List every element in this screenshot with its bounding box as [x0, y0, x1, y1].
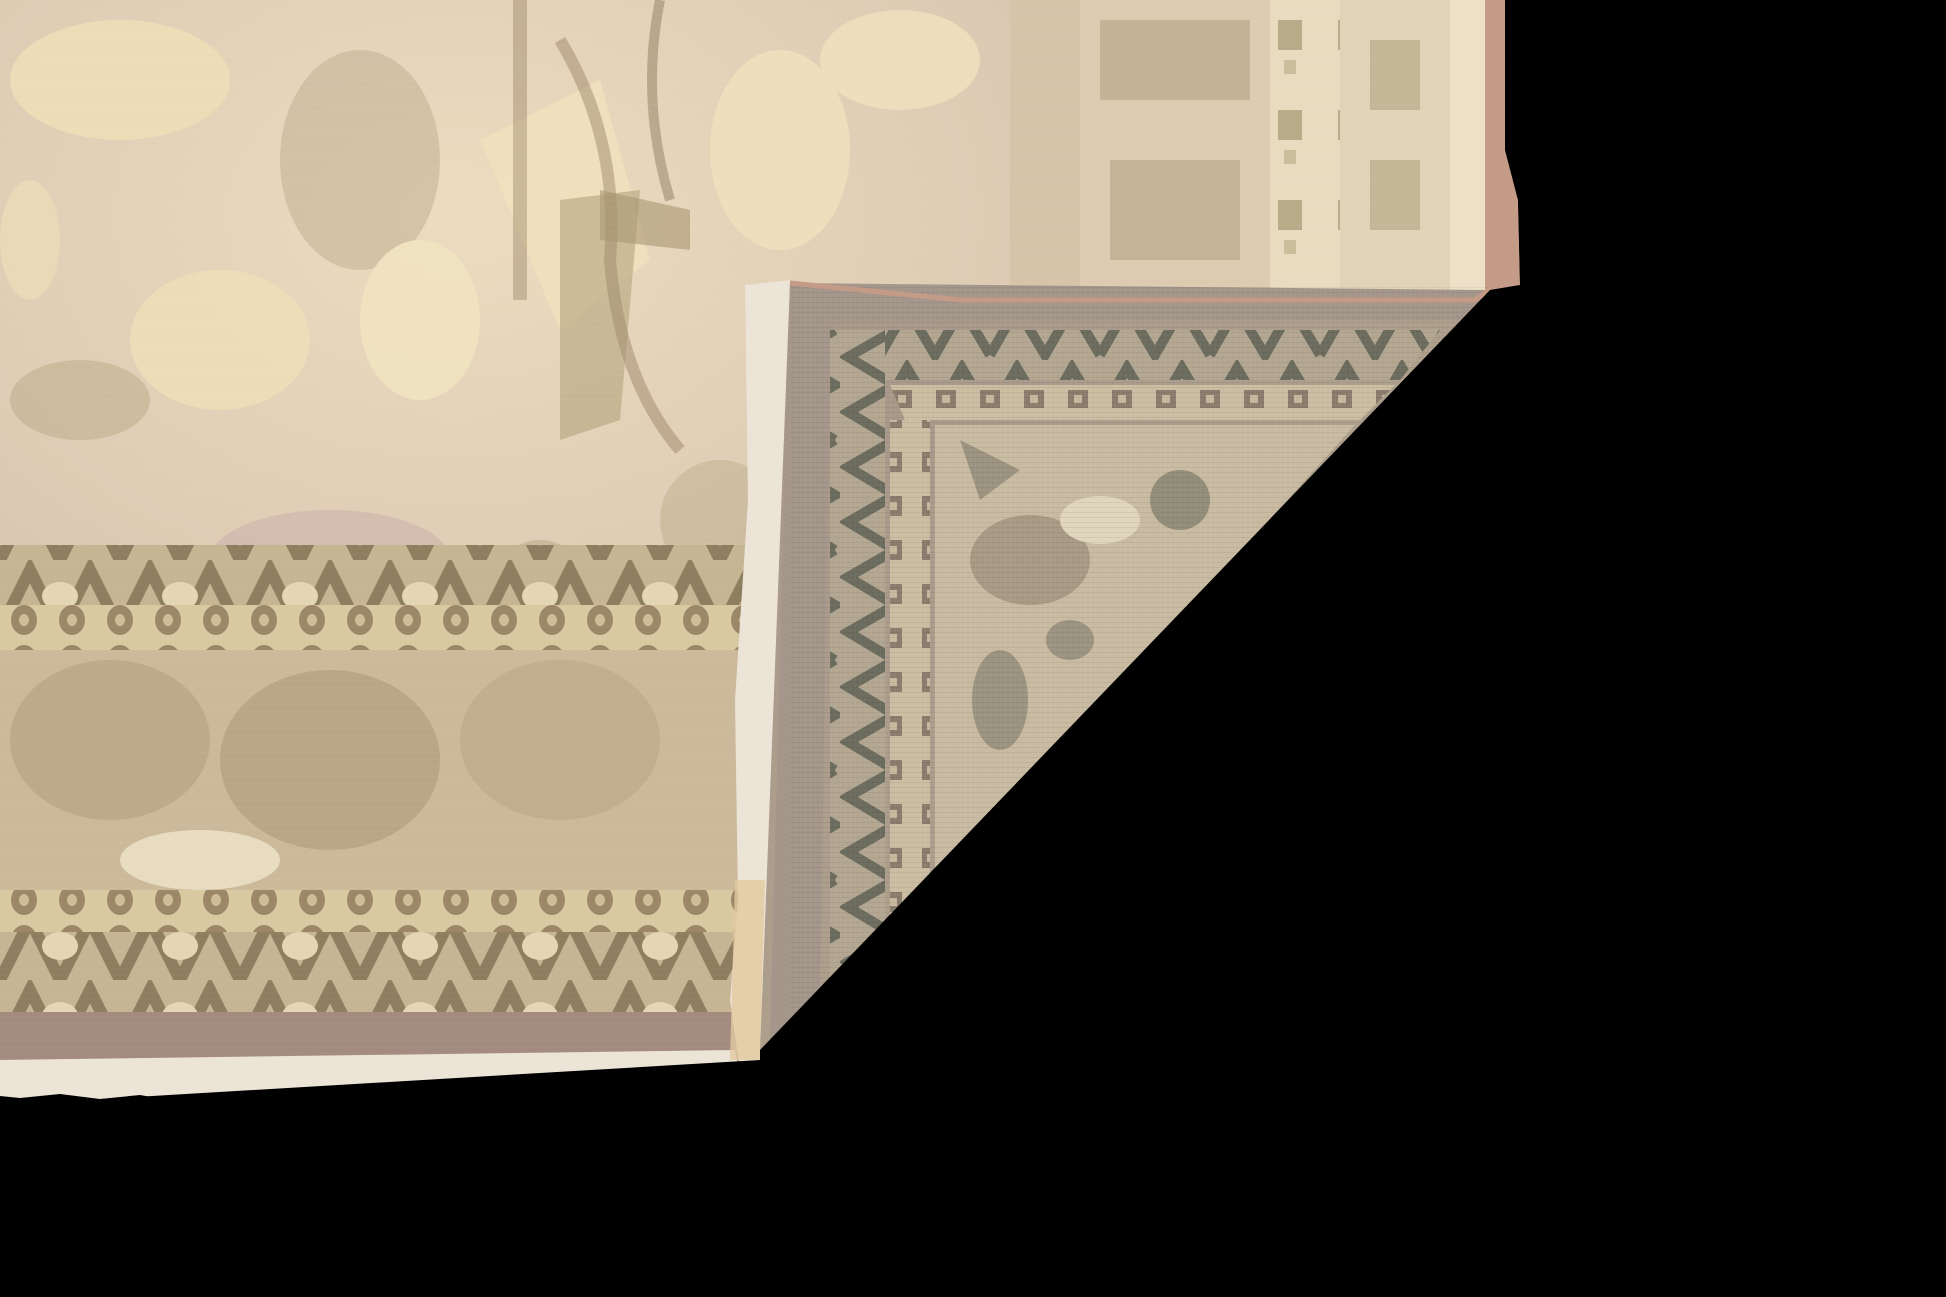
- rug-illustration: [0, 0, 1946, 1297]
- rug-photo: [0, 0, 1946, 1297]
- background-right: [1490, 0, 1946, 290]
